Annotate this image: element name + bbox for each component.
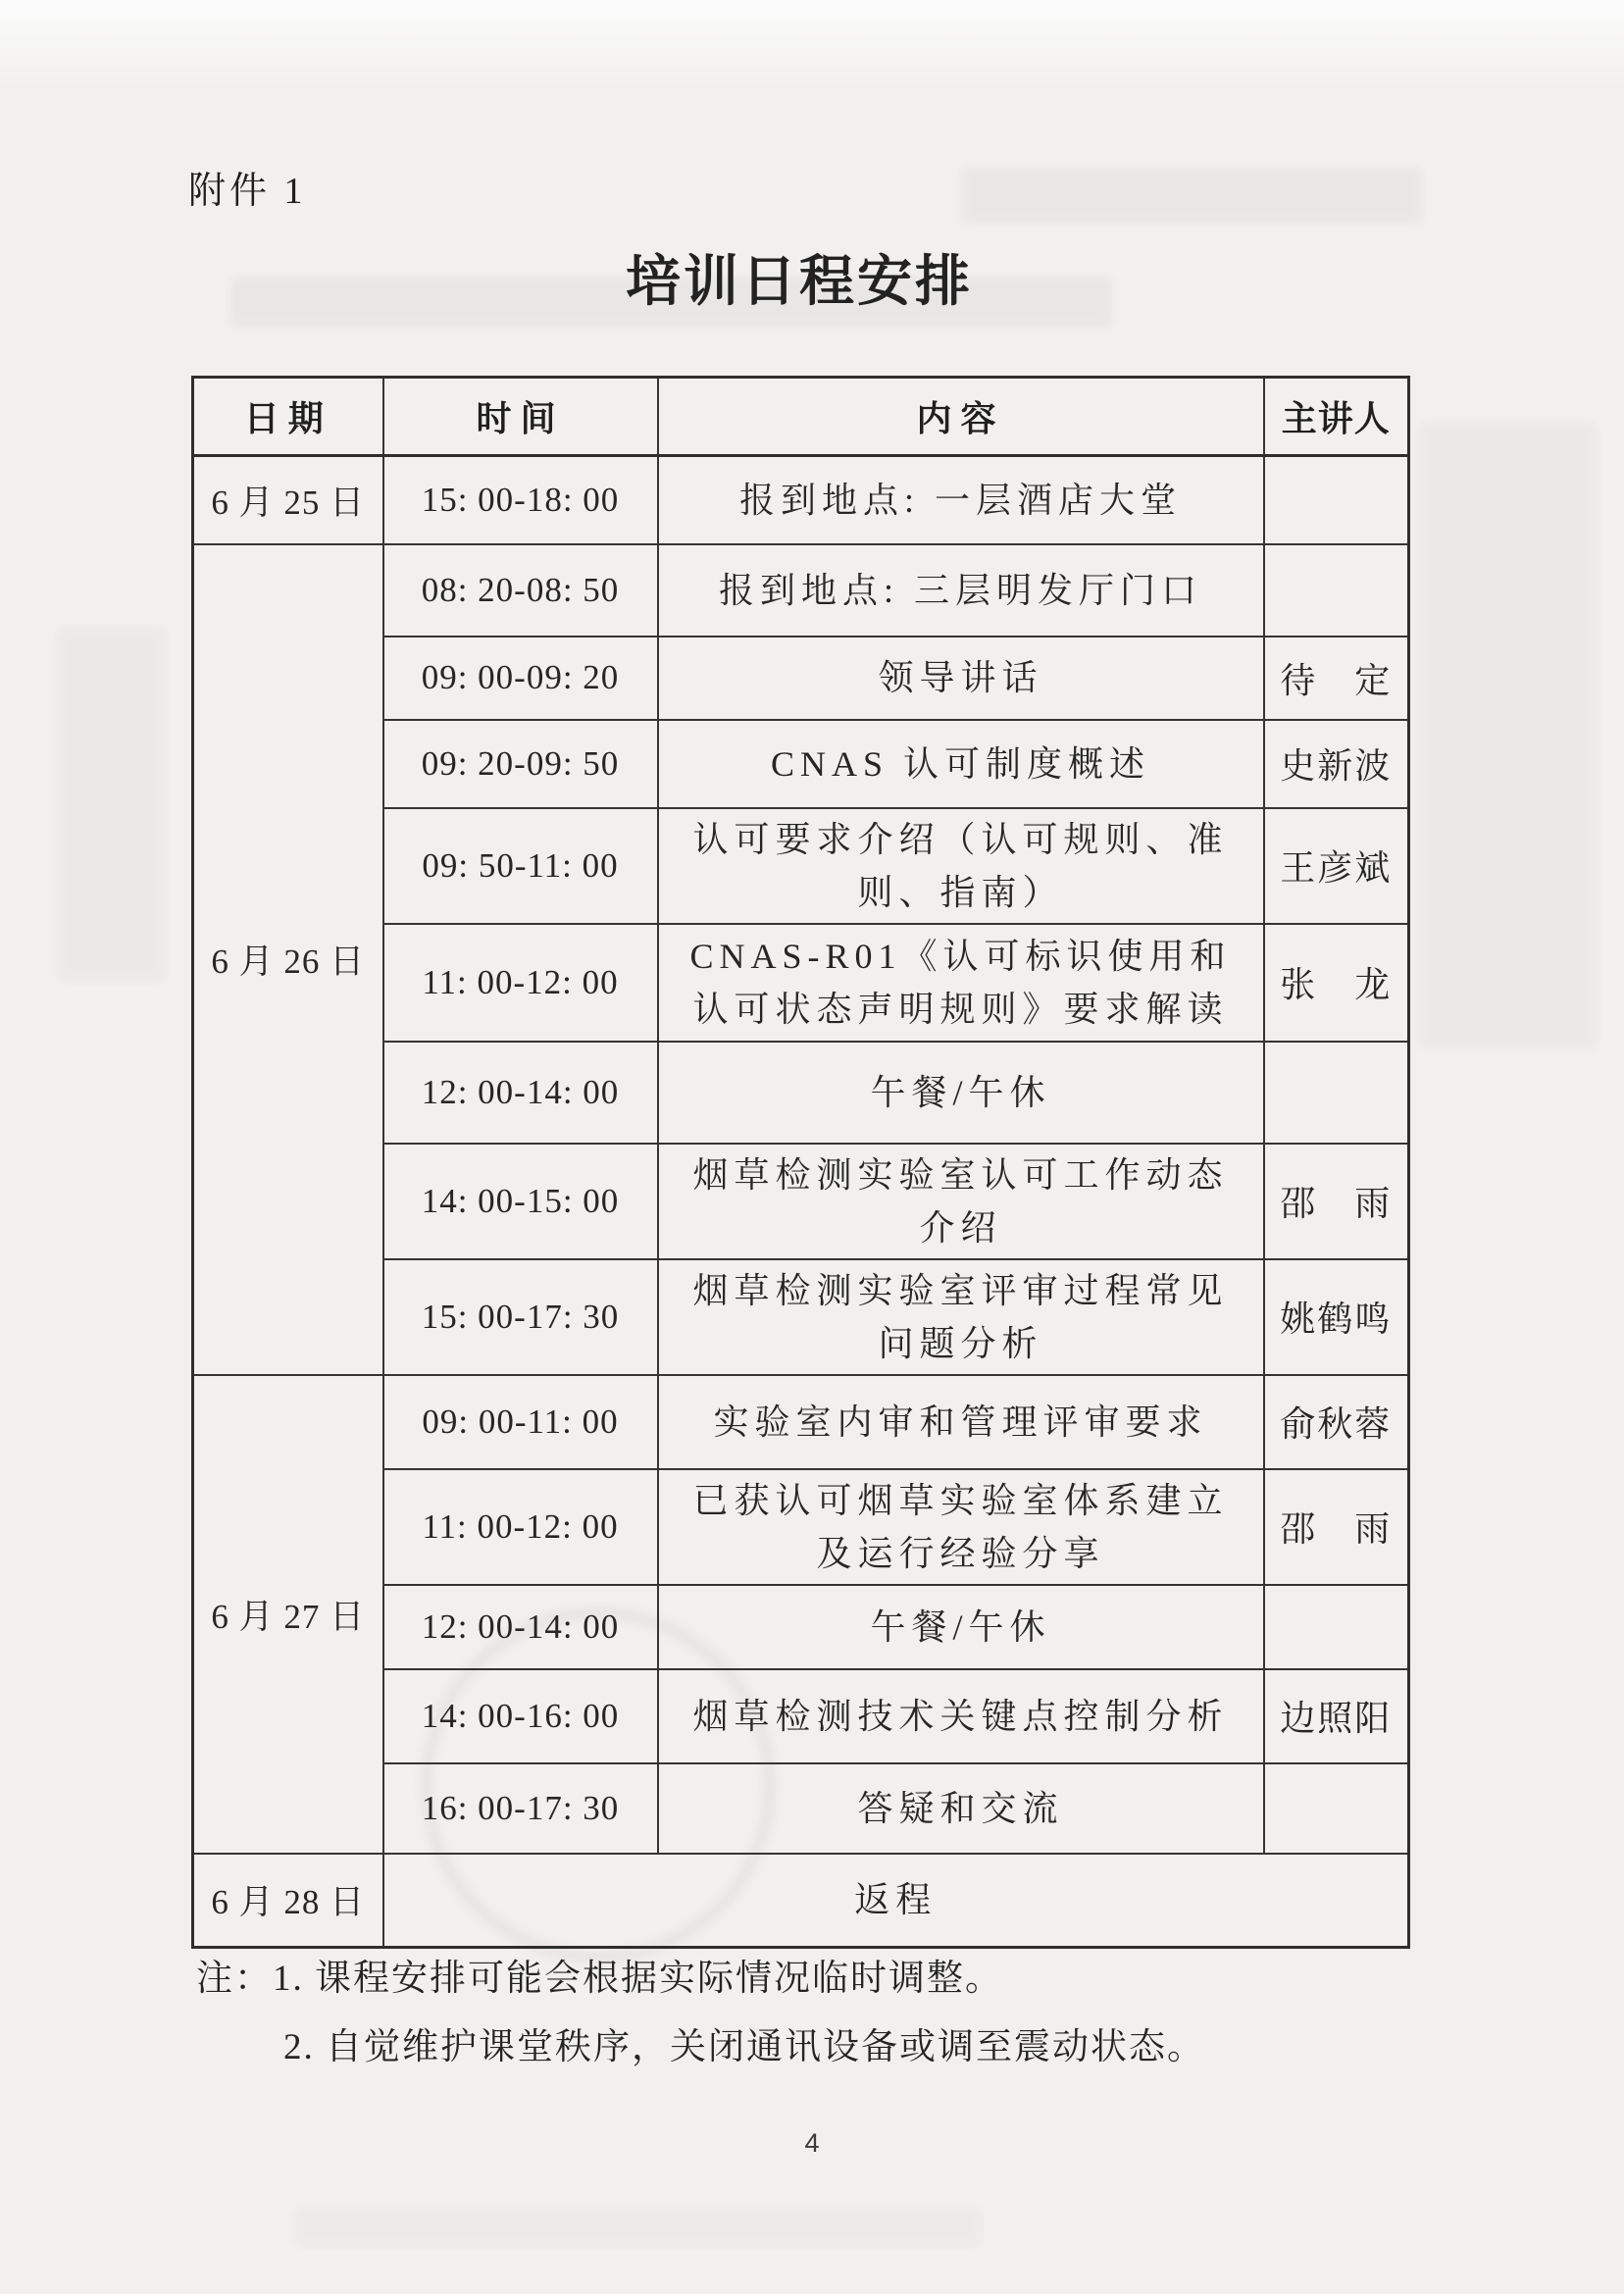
content-cell: CNAS 认可制度概述 — [658, 720, 1264, 808]
footnote-line-1: 注：1. 课程安排可能会根据实际情况临时调整。 — [196, 1948, 1003, 2001]
time-cell: 16: 00-17: 30 — [383, 1763, 658, 1854]
time-cell: 11: 00-12: 00 — [383, 924, 658, 1042]
table-header-row: 日期 时间 内容 主讲人 — [193, 378, 1409, 456]
content-cell: 答疑和交流 — [658, 1763, 1264, 1854]
content-cell: 午餐/午休 — [658, 1585, 1264, 1669]
bleed-through-artifact — [57, 628, 165, 981]
table-row: 6 月 25 日 15: 00-18: 00 报到地点: 一层酒店大堂 — [193, 456, 1409, 544]
time-cell: 08: 20-08: 50 — [383, 544, 658, 637]
page-title: 培训日程安排 — [191, 238, 1407, 317]
bleed-through-artifact — [1420, 422, 1597, 1049]
content-cell: 烟草检测技术关键点控制分析 — [658, 1669, 1264, 1763]
speaker-cell: 邵 雨 — [1264, 1469, 1409, 1585]
attachment-label: 附件 1 — [188, 160, 307, 214]
time-cell: 09: 20-09: 50 — [383, 720, 658, 808]
content-cell: 报到地点: 三层明发厅门口 — [658, 544, 1264, 637]
time-cell: 15: 00-18: 00 — [383, 456, 658, 544]
date-cell: 6 月 27 日 — [193, 1375, 383, 1854]
content-cell: 返程 — [383, 1854, 1409, 1948]
table-row: 6 月 27 日 09: 00-11: 00 实验室内审和管理评审要求 俞秋蓉 — [193, 1375, 1409, 1469]
date-cell: 6 月 26 日 — [193, 544, 383, 1375]
speaker-cell — [1264, 1042, 1409, 1144]
time-cell: 12: 00-14: 00 — [383, 1585, 658, 1669]
header-date: 日期 — [193, 378, 383, 456]
content-cell: 领导讲话 — [658, 637, 1264, 720]
time-cell: 09: 50-11: 00 — [383, 808, 658, 924]
time-cell: 15: 00-17: 30 — [383, 1259, 658, 1375]
content-cell: 认可要求介绍（认可规则、准则、指南） — [658, 808, 1264, 924]
speaker-cell: 邵 雨 — [1264, 1144, 1409, 1259]
header-content: 内容 — [658, 378, 1264, 456]
time-cell: 14: 00-15: 00 — [383, 1144, 658, 1259]
speaker-cell: 俞秋蓉 — [1264, 1375, 1409, 1469]
content-cell: 午餐/午休 — [658, 1042, 1264, 1144]
header-time: 时间 — [383, 378, 658, 456]
training-schedule-table: 日期 时间 内容 主讲人 6 月 25 日 15: 00-18: 00 报到地点… — [191, 376, 1410, 1949]
date-cell: 6 月 28 日 — [193, 1854, 383, 1948]
speaker-cell: 姚鹤鸣 — [1264, 1259, 1409, 1375]
speaker-cell: 待 定 — [1264, 637, 1409, 720]
speaker-cell — [1264, 1585, 1409, 1669]
header-speaker: 主讲人 — [1264, 378, 1409, 456]
page-number: 4 — [0, 2128, 1624, 2159]
speaker-cell: 王彦斌 — [1264, 808, 1409, 924]
time-cell: 12: 00-14: 00 — [383, 1042, 658, 1144]
scanned-document-page: 附件 1 培训日程安排 日期 时间 内容 主讲人 6 月 25 日 15: 00… — [0, 0, 1624, 2294]
speaker-cell: 史新波 — [1264, 720, 1409, 808]
footnote-line-2: 2. 自觉维护课堂秩序，关闭通讯设备或调至震动状态。 — [283, 2016, 1205, 2069]
content-cell: 报到地点: 一层酒店大堂 — [658, 456, 1264, 544]
speaker-cell: 边照阳 — [1264, 1669, 1409, 1763]
speaker-cell — [1264, 456, 1409, 544]
content-cell: 实验室内审和管理评审要求 — [658, 1375, 1264, 1469]
bleed-through-artifact — [294, 2207, 981, 2246]
speaker-cell — [1264, 1763, 1409, 1854]
time-cell: 14: 00-16: 00 — [383, 1669, 658, 1763]
content-cell: 烟草检测实验室认可工作动态介绍 — [658, 1144, 1264, 1259]
time-cell: 09: 00-09: 20 — [383, 637, 658, 720]
table-row: 6 月 26 日 08: 20-08: 50 报到地点: 三层明发厅门口 — [193, 544, 1409, 637]
date-cell: 6 月 25 日 — [193, 456, 383, 544]
speaker-cell: 张 龙 — [1264, 924, 1409, 1042]
time-cell: 09: 00-11: 00 — [383, 1375, 658, 1469]
bleed-through-artifact — [961, 167, 1422, 224]
speaker-cell — [1264, 544, 1409, 637]
table-row: 6 月 28 日 返程 — [193, 1854, 1409, 1948]
content-cell: CNAS-R01《认可标识使用和认可状态声明规则》要求解读 — [658, 924, 1264, 1042]
content-cell: 烟草检测实验室评审过程常见问题分析 — [658, 1259, 1264, 1375]
time-cell: 11: 00-12: 00 — [383, 1469, 658, 1585]
content-cell: 已获认可烟草实验室体系建立及运行经验分享 — [658, 1469, 1264, 1585]
